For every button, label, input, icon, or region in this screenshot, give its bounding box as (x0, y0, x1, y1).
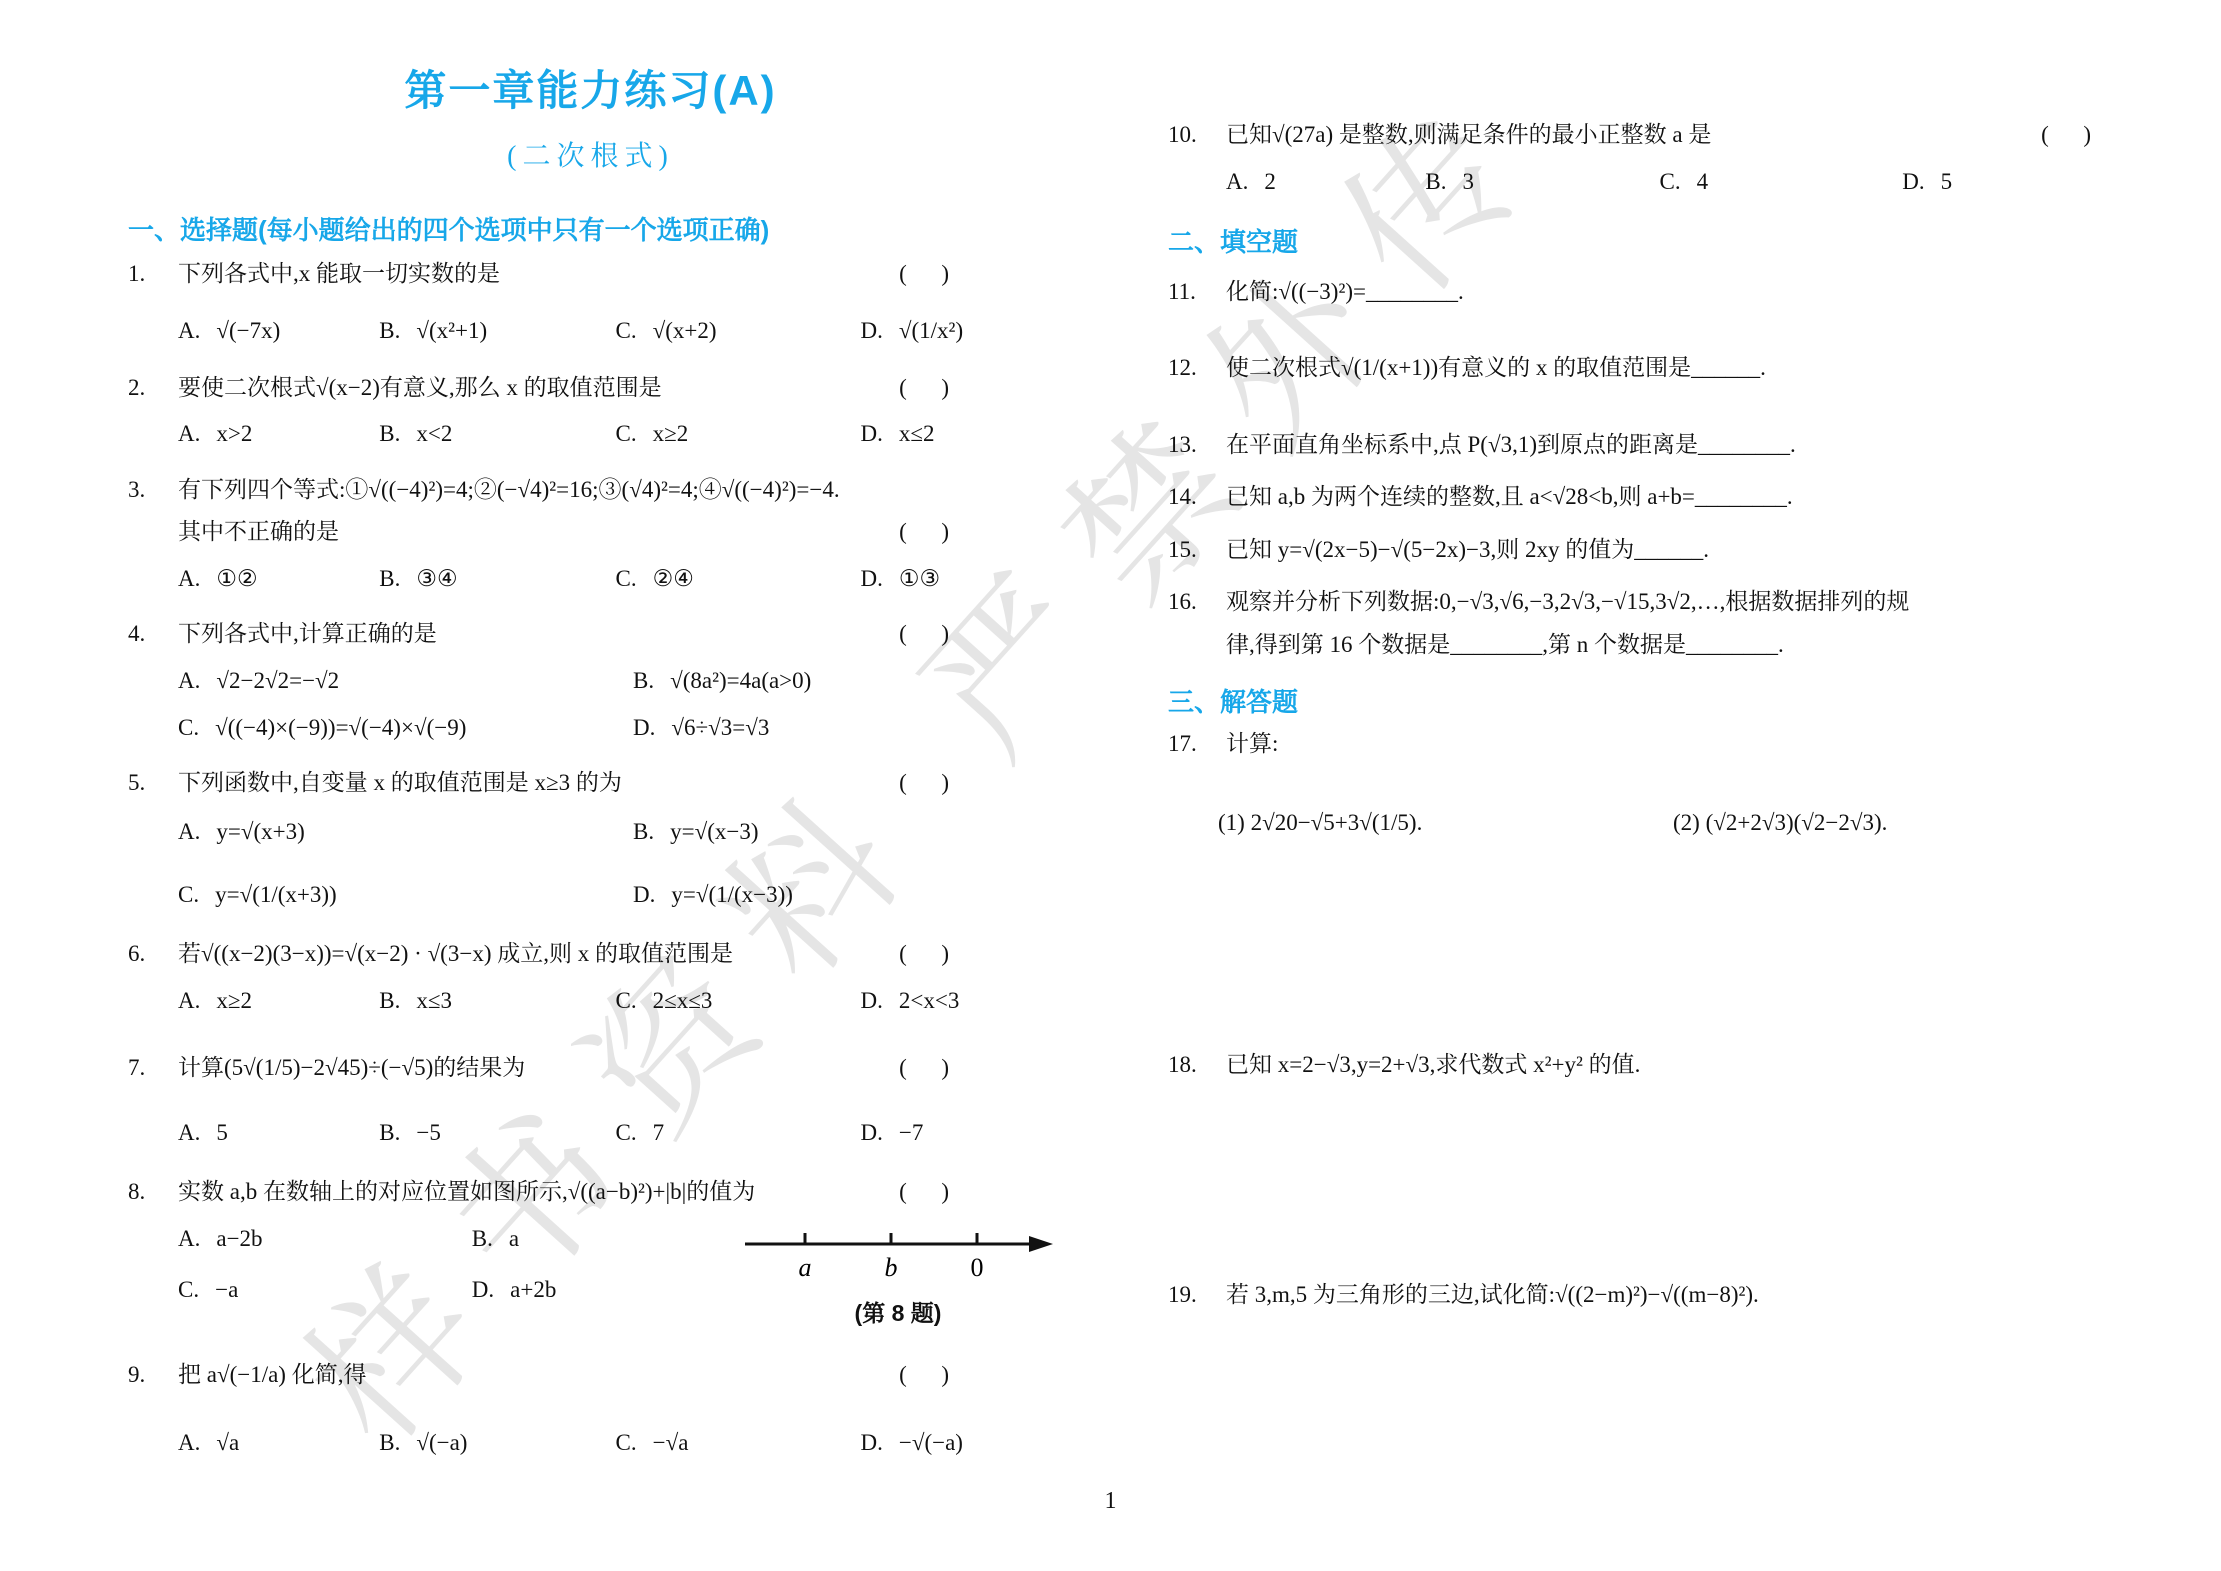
question-text: 已知√(27a) 是整数,则满足条件的最小正整数 a 是 (1226, 118, 2031, 153)
option-b: B.√(−a) (379, 1426, 615, 1459)
question-text: 观察并分析下列数据:0,−√3,√6,−3,2√3,−√15,3√2,…,根据数… (1226, 585, 2093, 620)
question-12: 12. 使二次根式√(1/(x+1))有意义的 x 的取值范围是______. (1168, 351, 2093, 386)
option-b-text: x<2 (416, 417, 452, 450)
answer-bracket: ( ) (899, 937, 949, 972)
answer-bracket: ( ) (899, 1175, 949, 1210)
question-text: 使二次根式√(1/(x+1))有意义的 x 的取值范围是______. (1226, 351, 2093, 386)
question-number: 12. (1168, 351, 1226, 386)
option-a: A.√a (178, 1426, 379, 1459)
question-6: 6. 若√((x−2)(3−x))=√(x−2) · √(3−x) 成立,则 x… (128, 937, 1053, 1017)
question-10: 10. 已知√(27a) 是整数,则满足条件的最小正整数 a 是 ( ) A.2… (1168, 118, 2093, 198)
answer-bracket: ( ) (2041, 118, 2091, 153)
option-a-text: √(−7x) (216, 314, 280, 347)
question-7: 7. 计算(5√(1/5)−2√45)÷(−√5)的结果为 ( ) A.5 B.… (128, 1051, 1053, 1149)
option-c-text: 2≤x≤3 (653, 984, 713, 1017)
question-number: 14. (1168, 480, 1226, 515)
option-c: C.4 (1659, 165, 1902, 198)
section-solve-heading: 三、解答题 (1168, 682, 2093, 719)
question-16: 16. 观察并分析下列数据:0,−√3,√6,−3,2√3,−√15,3√2,…… (1168, 585, 2093, 662)
question-number: 19. (1168, 1278, 1226, 1313)
option-c: C.−√a (616, 1426, 861, 1459)
option-b: B.x≤3 (379, 984, 615, 1017)
question-17: 17. 计算: (1) 2√20−√5+3√(1/5). (2) (√2+2√3… (1168, 727, 2093, 836)
question-number: 8. (128, 1175, 178, 1210)
question-number: 9. (128, 1358, 178, 1393)
option-b: B.3 (1425, 165, 1659, 198)
question-text: 把 a√(−1/a) 化简,得 (178, 1358, 889, 1393)
option-d: D.y=√(1/(x−3)) (633, 878, 1053, 911)
question-2: 2. 要使二次根式√(x−2)有意义,那么 x 的取值范围是 ( ) A.x>2… (128, 371, 1053, 451)
option-a: A.2 (1226, 165, 1425, 198)
option-d-text: −√(−a) (899, 1426, 963, 1459)
question-11: 11. 化简:√((−3)²)=________. (1168, 275, 2093, 310)
left-column: 第一章能力练习(A) (二次根式) 一、选择题(每小题给出的四个选项中只有一个选… (128, 0, 1053, 1459)
option-a-text: y=√(x+3) (216, 815, 304, 848)
question-text: 若 3,m,5 为三角形的三边,试化简:√((2−m)²)−√((m−8)²). (1226, 1278, 2093, 1313)
tick-label-zero: 0 (971, 1253, 984, 1282)
option-c: C.√(x+2) (616, 314, 861, 347)
answer-bracket: ( ) (899, 766, 949, 801)
question-number: 1. (128, 257, 178, 292)
option-d-text: √(1/x²) (899, 314, 963, 347)
option-a-text: x>2 (216, 417, 252, 450)
option-b: B.③④ (379, 562, 615, 595)
option-a: A.x≥2 (178, 984, 379, 1017)
option-c-text: √((−4)×(−9))=√(−4)×√(−9) (215, 711, 466, 744)
option-d-text: ①③ (899, 562, 940, 595)
option-d-text: x≤2 (899, 417, 935, 450)
option-c: C.②④ (616, 562, 861, 595)
option-a-text: a−2b (216, 1222, 262, 1255)
tick-label-b: b (885, 1253, 898, 1282)
question-number: 17. (1168, 727, 1226, 762)
option-a: A.5 (178, 1116, 379, 1149)
question-text-line2: 律,得到第 16 个数据是________,第 n 个数据是________. (1226, 628, 2093, 663)
answer-bracket: ( ) (899, 371, 949, 406)
option-c-text: −√a (653, 1426, 689, 1459)
question-number: 13. (1168, 428, 1226, 463)
question-text: 若√((x−2)(3−x))=√(x−2) · √(3−x) 成立,则 x 的取… (178, 937, 889, 972)
option-a: A.√(−7x) (178, 314, 379, 347)
question-text: 在平面直角坐标系中,点 P(√3,1)到原点的距离是________. (1226, 428, 2093, 463)
question-text: 下列各式中,计算正确的是 (178, 617, 889, 652)
option-d: D.√6÷√3=√3 (633, 711, 1053, 744)
option-b-text: ③④ (416, 562, 457, 595)
question-number: 4. (128, 617, 178, 652)
option-d-text: y=√(1/(x−3)) (671, 878, 793, 911)
option-c: C.x≥2 (616, 417, 861, 450)
question-text: 已知 a,b 为两个连续的整数,且 a<√28<b,则 a+b=________… (1226, 480, 2093, 515)
option-b: B.√(x²+1) (379, 314, 615, 347)
part-1: (1) 2√20−√5+3√(1/5). (1218, 810, 1673, 836)
option-b: B.y=√(x−3) (633, 815, 1053, 848)
question-number: 5. (128, 766, 178, 801)
option-a: A.y=√(x+3) (178, 815, 633, 848)
question-1: 1. 下列各式中,x 能取一切实数的是 ( ) A.√(−7x) B.√(x²+… (128, 257, 1053, 347)
answer-bracket: ( ) (899, 617, 949, 652)
question-text: 要使二次根式√(x−2)有意义,那么 x 的取值范围是 (178, 371, 889, 406)
question-text: 下列函数中,自变量 x 的取值范围是 x≥3 的为 (178, 766, 889, 801)
option-c-text: 7 (653, 1116, 665, 1149)
option-a-text: 2 (1264, 165, 1276, 198)
option-a-text: x≥2 (216, 984, 252, 1017)
question-15: 15. 已知 y=√(2x−5)−√(5−2x)−3,则 2xy 的值为____… (1168, 533, 2093, 568)
question-number: 3. (128, 473, 178, 508)
worksheet-page: 样书资料 严禁外传 第一章能力练习(A) (二次根式) 一、选择题(每小题给出的… (0, 0, 2221, 1571)
question-number: 16. (1168, 585, 1226, 620)
question-13: 13. 在平面直角坐标系中,点 P(√3,1)到原点的距离是________. (1168, 428, 2093, 463)
option-d: D.−7 (861, 1116, 1054, 1149)
answer-bracket: ( ) (899, 515, 949, 550)
option-d: D.x≤2 (861, 417, 1054, 450)
page-number: 1 (0, 1488, 2221, 1515)
question-5: 5. 下列函数中,自变量 x 的取值范围是 x≥3 的为 ( ) A.y=√(x… (128, 766, 1053, 911)
section-fill-heading: 二、填空题 (1168, 222, 2093, 259)
question-number: 7. (128, 1051, 178, 1086)
option-a: A.x>2 (178, 417, 379, 450)
option-c: C.2≤x≤3 (616, 984, 861, 1017)
option-b-text: 3 (1463, 165, 1475, 198)
question-text: 下列各式中,x 能取一切实数的是 (178, 257, 889, 292)
question-9: 9. 把 a√(−1/a) 化简,得 ( ) A.√a B.√(−a) C.−√… (128, 1358, 1053, 1460)
question-text-line2: 其中不正确的是 (178, 515, 889, 550)
option-d: D.5 (1902, 165, 2093, 198)
question-number: 15. (1168, 533, 1226, 568)
option-c-text: 4 (1697, 165, 1709, 198)
tick-label-a: a (799, 1253, 812, 1282)
page-subtitle: (二次根式) (128, 134, 1053, 174)
question-number: 11. (1168, 275, 1226, 310)
question-number: 2. (128, 371, 178, 406)
option-b-text: a (509, 1222, 519, 1255)
option-d-text: 5 (1941, 165, 1953, 198)
question-14: 14. 已知 a,b 为两个连续的整数,且 a<√28<b,则 a+b=____… (1168, 480, 2093, 515)
option-c: C.−a (178, 1273, 472, 1306)
option-d: D.−√(−a) (861, 1426, 1054, 1459)
question-19: 19. 若 3,m,5 为三角形的三边,试化简:√((2−m)²)−√((m−8… (1168, 1278, 2093, 1313)
option-a: A.a−2b (178, 1222, 472, 1255)
option-c: C.7 (616, 1116, 861, 1149)
option-c-text: √(x+2) (653, 314, 717, 347)
figure-caption: (第 8 题) (743, 1295, 1053, 1328)
answer-bracket: ( ) (899, 1358, 949, 1393)
option-a-text: 5 (216, 1116, 228, 1149)
option-a-text: √2−2√2=−√2 (216, 664, 339, 697)
option-b: B.x<2 (379, 417, 615, 450)
question-text: 计算(5√(1/5)−2√45)÷(−√5)的结果为 (178, 1051, 889, 1086)
option-b-text: √(8a²)=4a(a>0) (670, 664, 811, 697)
section-choice-heading: 一、选择题(每小题给出的四个选项中只有一个选项正确) (128, 210, 1053, 247)
option-b-text: y=√(x−3) (670, 815, 758, 848)
part-2: (2) (√2+2√3)(√2−2√3). (1673, 810, 1887, 836)
option-d: D.①③ (861, 562, 1054, 595)
option-b-text: −5 (416, 1116, 440, 1149)
question-number: 18. (1168, 1048, 1226, 1083)
option-c-text: −a (215, 1273, 238, 1306)
option-d-text: √6÷√3=√3 (671, 711, 769, 744)
option-d-text: 2<x<3 (899, 984, 959, 1017)
question-number: 10. (1168, 118, 1226, 153)
question-8: 8. 实数 a,b 在数轴上的对应位置如图所示,√((a−b)²)+|b|的值为… (128, 1175, 1053, 1328)
option-b: B.√(8a²)=4a(a>0) (633, 664, 1053, 697)
question-text: 实数 a,b 在数轴上的对应位置如图所示,√((a−b)²)+|b|的值为 (178, 1175, 889, 1210)
question-text: 计算: (1226, 727, 2093, 762)
option-c-text: y=√(1/(x+3)) (215, 878, 337, 911)
question-text: 有下列四个等式:①√((−4)²)=4;②(−√4)²=16;③(√4)²=4;… (178, 473, 1053, 508)
option-a: A.①② (178, 562, 379, 595)
number-line-figure: a b 0 (第 8 题) (743, 1216, 1053, 1328)
question-number: 6. (128, 937, 178, 972)
option-d: D.2<x<3 (861, 984, 1054, 1017)
option-c: C.y=√(1/(x+3)) (178, 878, 633, 911)
answer-bracket: ( ) (899, 1051, 949, 1086)
option-d-text: −7 (899, 1116, 923, 1149)
right-column: 10. 已知√(27a) 是整数,则满足条件的最小正整数 a 是 ( ) A.2… (1168, 0, 2093, 1313)
question-text: 化简:√((−3)²)=________. (1226, 275, 2093, 310)
option-c-text: ②④ (653, 562, 694, 595)
option-d-text: a+2b (510, 1273, 556, 1306)
question-text: 已知 x=2−√3,y=2+√3,求代数式 x²+y² 的值. (1226, 1048, 2093, 1083)
option-a-text: ①② (216, 562, 257, 595)
page-title: 第一章能力练习(A) (128, 58, 1053, 118)
option-b-text: x≤3 (416, 984, 452, 1017)
option-b-text: √(−a) (416, 1426, 467, 1459)
option-d: D.a+2b (472, 1273, 743, 1306)
option-c: C.√((−4)×(−9))=√(−4)×√(−9) (178, 711, 633, 744)
option-a: A.√2−2√2=−√2 (178, 664, 633, 697)
answer-bracket: ( ) (899, 257, 949, 292)
question-18: 18. 已知 x=2−√3,y=2+√3,求代数式 x²+y² 的值. (1168, 1048, 2093, 1083)
option-b-text: √(x²+1) (416, 314, 487, 347)
option-d: D.√(1/x²) (861, 314, 1054, 347)
number-line-svg: a b 0 (743, 1216, 1053, 1288)
question-text: 已知 y=√(2x−5)−√(5−2x)−3,则 2xy 的值为______. (1226, 533, 2093, 568)
question-4: 4. 下列各式中,计算正确的是 ( ) A.√2−2√2=−√2 B.√(8a²… (128, 617, 1053, 744)
question-3: 3. 有下列四个等式:①√((−4)²)=4;②(−√4)²=16;③(√4)²… (128, 473, 1053, 595)
option-b: B.−5 (379, 1116, 615, 1149)
option-c-text: x≥2 (653, 417, 689, 450)
option-b: B.a (472, 1222, 743, 1255)
option-a-text: √a (216, 1426, 239, 1459)
